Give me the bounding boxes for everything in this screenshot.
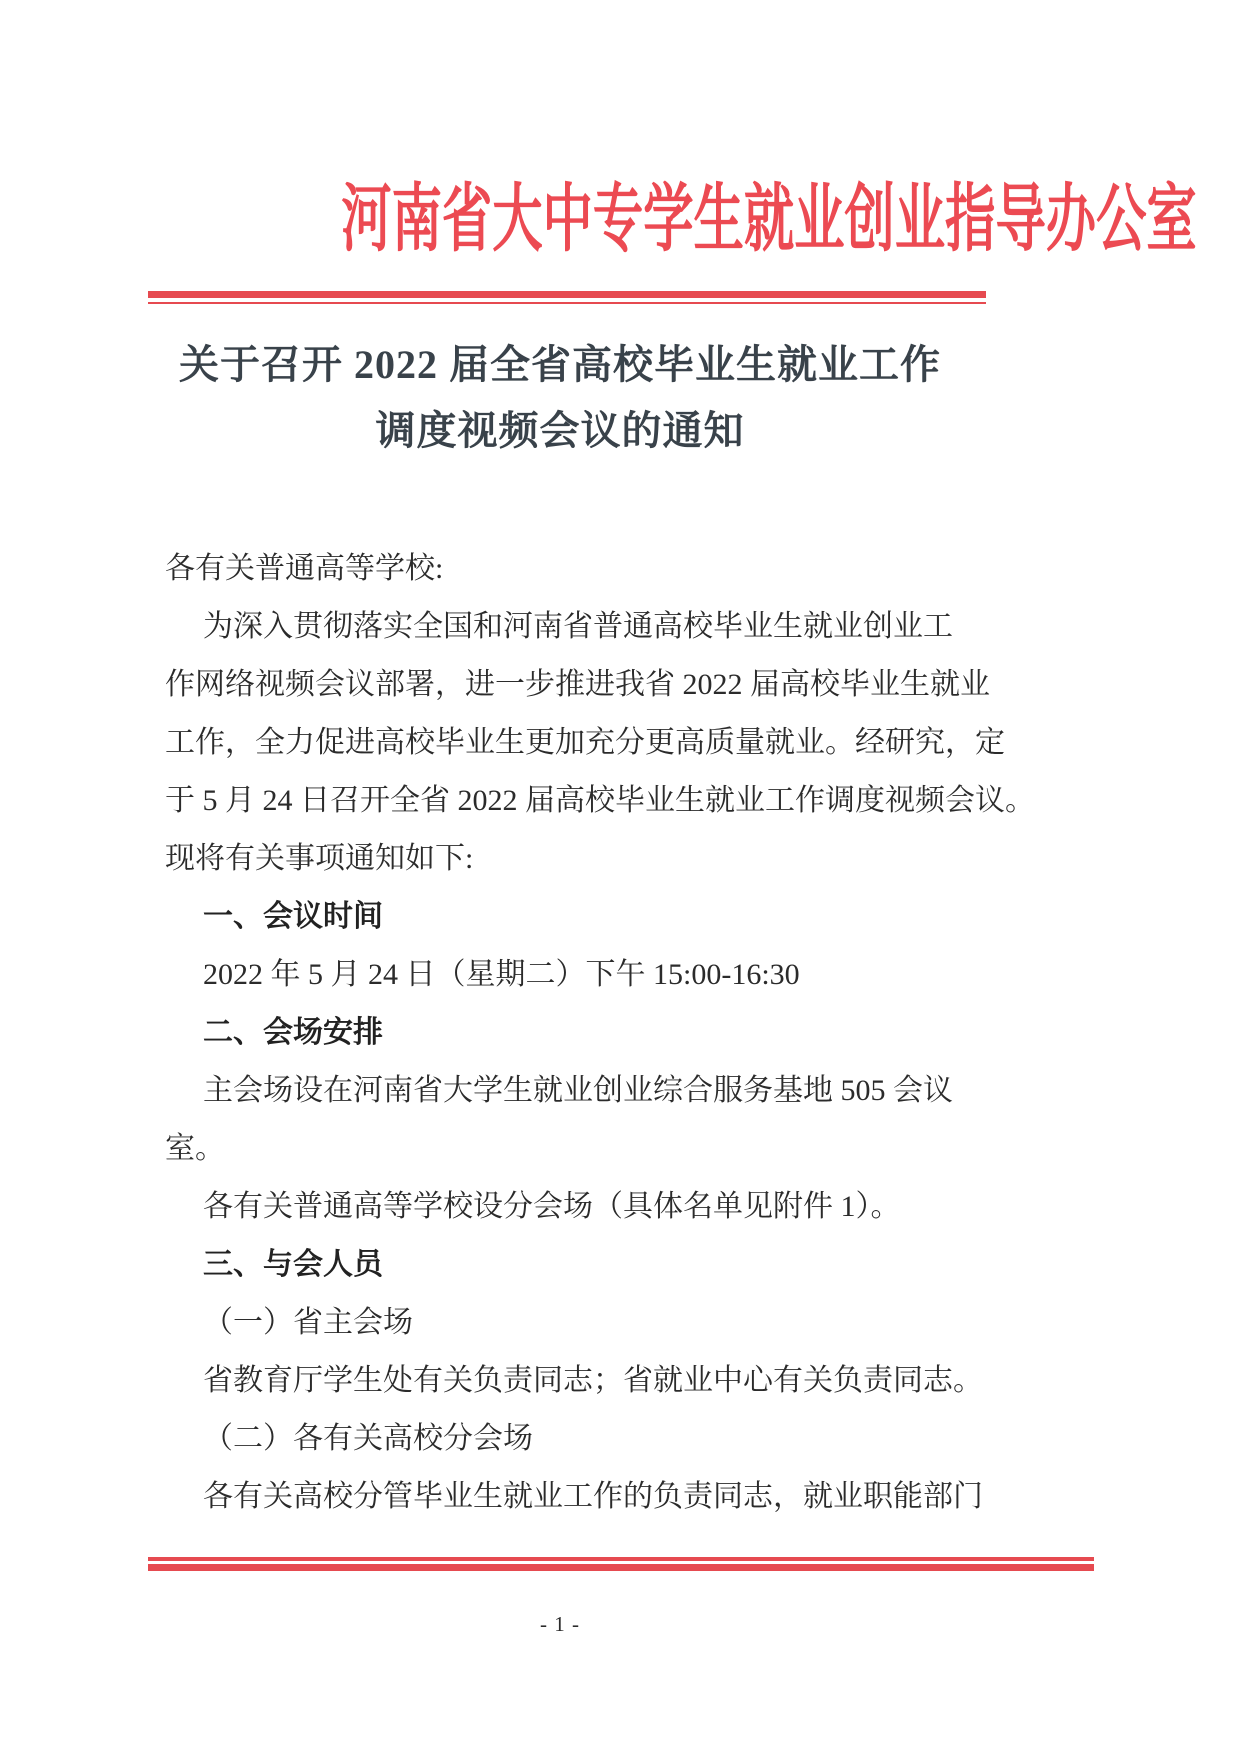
branch-venue-line: 各有关普通高等学校设分会场（具体名单见附件 1）。 xyxy=(165,1178,1005,1236)
salutation-line: 各有关普通高等学校: xyxy=(165,540,1005,598)
doc-title: 关于召开 2022 届全省高校毕业生就业工作 调度视频会议的通知 xyxy=(140,332,980,464)
subsection-1-heading: （一）省主会场 xyxy=(165,1294,1005,1352)
attendees-line-2: 各有关高校分管毕业生就业工作的负责同志，就业职能部门 xyxy=(165,1468,1005,1526)
doc-body: 各有关普通高等学校: 为深入贯彻落实全国和河南省普通高校毕业生就业创业工 作网络… xyxy=(165,540,1005,1526)
venue-paragraph-line-1: 主会场设在河南省大学生就业创业综合服务基地 505 会议 xyxy=(165,1062,1005,1120)
doc-title-line1: 关于召开 2022 届全省高校毕业生就业工作 xyxy=(140,332,980,398)
meeting-time-line: 2022 年 5 月 24 日（星期二）下午 15:00-16:30 xyxy=(165,946,1005,1004)
section-1-heading: 一、会议时间 xyxy=(165,888,1005,946)
doc-title-line2: 调度视频会议的通知 xyxy=(140,398,980,464)
venue-paragraph-line-2: 室。 xyxy=(165,1120,1005,1178)
document-page: 河南省大中专学生就业创业指导办公室 关于召开 2022 届全省高校毕业生就业工作… xyxy=(0,0,1240,1754)
section-2-heading: 二、会场安排 xyxy=(165,1004,1005,1062)
footer-rule-thin xyxy=(148,1557,1094,1561)
intro-paragraph-line-5: 现将有关事项通知如下: xyxy=(165,830,1005,888)
intro-paragraph-line-2: 作网络视频会议部署，进一步推进我省 2022 届高校毕业生就业 xyxy=(165,656,1005,714)
attendees-line-1: 省教育厅学生处有关负责同志；省就业中心有关负责同志。 xyxy=(165,1352,1005,1410)
intro-paragraph-line-1: 为深入贯彻落实全国和河南省普通高校毕业生就业创业工 xyxy=(165,598,1005,656)
section-3-heading: 三、与会人员 xyxy=(165,1236,1005,1294)
footer-rule-thick xyxy=(148,1564,1094,1571)
letterhead-separator-thick xyxy=(148,291,986,298)
doc-letterhead-text: 河南省大中专学生就业创业指导办公室 xyxy=(341,172,1196,268)
doc-letterhead: 河南省大中专学生就业创业指导办公室 xyxy=(140,172,980,268)
intro-paragraph-line-3: 工作，全力促进高校毕业生更加充分更高质量就业。经研究，定 xyxy=(165,714,1005,772)
page-number: - 1 - xyxy=(140,1612,980,1637)
letterhead-separator-thin xyxy=(148,302,986,304)
subsection-2-heading: （二）各有关高校分会场 xyxy=(165,1410,1005,1468)
intro-paragraph-line-4: 于 5 月 24 日召开全省 2022 届高校毕业生就业工作调度视频会议。 xyxy=(165,772,1005,830)
